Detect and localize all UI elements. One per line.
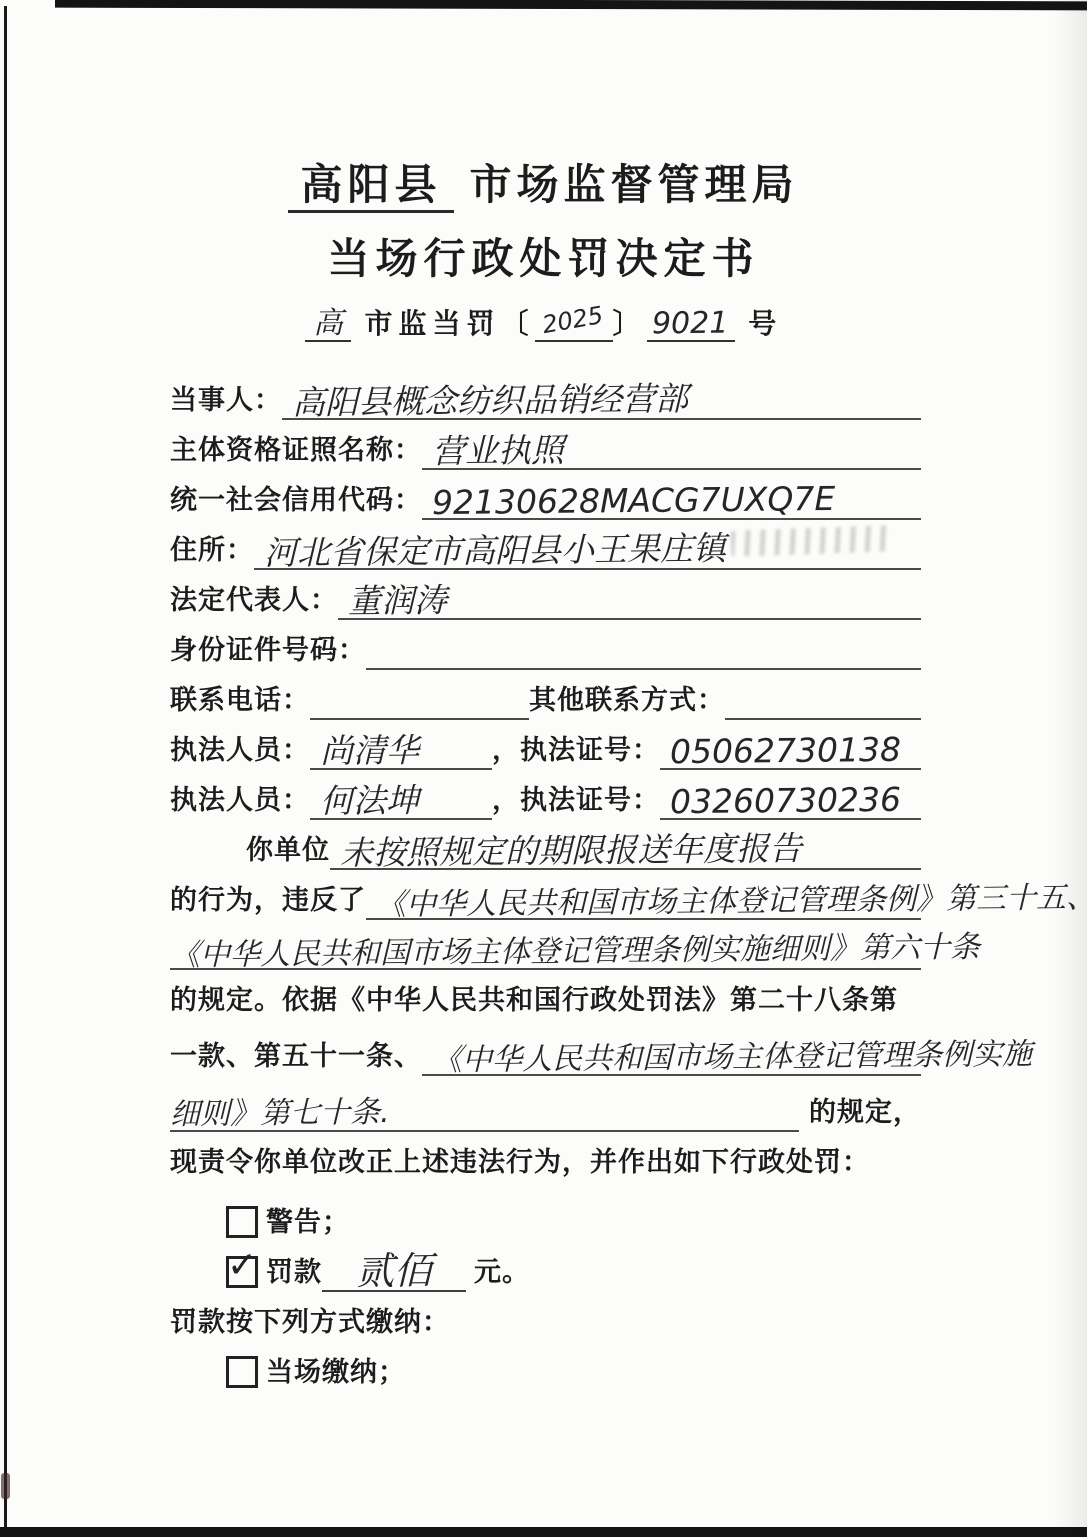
field-row-legal-rep: 法定代表人： 董润涛: [170, 570, 921, 620]
scan-edge-bottom: [0, 1527, 1087, 1537]
officer1-cert-no-handwritten: 05062730138: [670, 733, 901, 768]
fine-check-mark: ✓: [227, 1245, 257, 1286]
license-name-label: 主体资格证照名称：: [170, 428, 422, 470]
warning-label: 警告；: [266, 1200, 350, 1242]
fine-checkbox: ✓: [226, 1256, 258, 1288]
scan-edge-top: [55, 0, 1087, 10]
doc-no-serial-handwritten: 9021: [652, 309, 729, 340]
onsite-label: 当场缴纳；: [266, 1350, 406, 1392]
payment-intro: 罚款按下列方式缴纳：: [170, 1300, 450, 1342]
doc-no-label: 市监当罚: [364, 308, 500, 339]
option-warning: 警告；: [170, 1192, 921, 1242]
field-row-address: 住所： 河北省保定市高阳县小王果庄镇: [170, 520, 921, 570]
officer2-cert-label: ，执法证号：: [492, 778, 660, 820]
body-line-6: 细则》第七十条. 的规定，: [170, 1076, 921, 1132]
form-fields: 当事人： 高阳县概念纺织品销经营部 主体资格证照名称： 营业执照 统一社会信用代…: [170, 370, 921, 1392]
field-row-credit-code: 统一社会信用代码： 92130628MACG7UXQ7E: [170, 470, 921, 520]
body-line-2: 的行为，违反了 《中华人民共和国市场主体登记管理条例》第三十五、: [170, 870, 921, 920]
order-printed: 现责令你单位改正上述违法行为，并作出如下行政处罚：: [170, 1140, 870, 1182]
document-title: 当场行政处罚决定书: [0, 226, 1087, 286]
violation-handwritten: 未按照规定的期限报送年度报告: [340, 832, 802, 870]
body-line-4: 的规定。依据《中华人民共和国行政处罚法》第二十八条第: [170, 970, 921, 1020]
line2-printed: 的行为，违反了: [170, 878, 366, 920]
agency-name-rest: 市场监督管理局: [470, 161, 799, 208]
option-onsite-payment: 当场缴纳；: [170, 1342, 921, 1392]
warning-checkbox: [226, 1206, 258, 1238]
other-contact-label: 其他联系方式：: [529, 678, 725, 720]
penalty-options: 警告； ✓ 罚款 贰佰 元。 罚款按下列方式缴纳： 当场缴纳；: [170, 1192, 921, 1392]
field-row-officer2: 执法人员： 何法坤 ，执法证号： 03260730236: [170, 770, 921, 820]
fine-label: 罚款: [266, 1250, 322, 1292]
scanned-penalty-decision-document: 高阳县市场监督管理局 当场行政处罚决定书 高 市监当罚〔2025〕9021 号 …: [0, 0, 1087, 1537]
officer1-cert-label: ，执法证号：: [492, 728, 660, 770]
legal-rep-label: 法定代表人：: [170, 578, 338, 620]
fine-suffix: 元。: [466, 1250, 530, 1292]
option-fine: ✓ 罚款 贰佰 元。: [170, 1242, 921, 1292]
officer2-label: 执法人员：: [170, 778, 310, 820]
line5-printed: 一款、第五十一条、: [170, 1034, 422, 1076]
field-row-contacts: 联系电话： 其他联系方式：: [170, 670, 921, 720]
field-row-party: 当事人： 高阳县概念纺织品销经营部: [170, 370, 921, 420]
document-header: 高阳县市场监督管理局 当场行政处罚决定书 高 市监当罚〔2025〕9021 号: [0, 152, 1087, 342]
field-row-license-name: 主体资格证照名称： 营业执照: [170, 420, 921, 470]
doc-no-suffix: 号: [748, 308, 782, 339]
payment-intro-line: 罚款按下列方式缴纳：: [170, 1292, 921, 1342]
doc-no-bracket-open: 〔: [500, 308, 534, 339]
doc-no-bracket-close: 〕: [613, 308, 647, 339]
agency-name-fill: 高阳县: [288, 161, 453, 213]
party-label: 当事人：: [170, 378, 282, 420]
line6-handwritten: 细则》第七十条.: [170, 1098, 390, 1130]
fine-amount-handwritten: 贰佰: [356, 1252, 432, 1291]
doc-no-region-handwritten: 高: [313, 309, 343, 339]
body-line-3: 《中华人民共和国市场主体登记管理条例实施细则》第六十条: [170, 920, 921, 970]
officer2-name-handwritten: 何法坤: [320, 783, 419, 817]
party-value-handwritten: 高阳县概念纺织品销经营部: [292, 382, 688, 419]
doc-no-year-handwritten: 2025: [540, 303, 604, 337]
line4-printed: 的规定。依据《中华人民共和国行政处罚法》第二十八条第: [170, 978, 898, 1020]
onsite-checkbox: [226, 1356, 258, 1388]
line3-handwritten: 《中华人民共和国市场主体登记管理条例实施细则》第六十条: [170, 933, 980, 971]
credit-code-label: 统一社会信用代码：: [170, 478, 422, 520]
legal-rep-value-handwritten: 董润涛: [348, 583, 447, 617]
agency-title: 高阳县市场监督管理局: [0, 152, 1087, 212]
body-line-intro: 你单位 未按照规定的期限报送年度报告: [170, 820, 921, 870]
line5-handwritten: 《中华人民共和国市场主体登记管理条例实施: [432, 1040, 1032, 1076]
address-label: 住所：: [170, 528, 254, 570]
phone-label: 联系电话：: [170, 678, 310, 720]
license-name-value-handwritten: 营业执照: [432, 433, 564, 467]
scan-smudge-bottom-left: [1, 1473, 10, 1499]
body-line-order: 现责令你单位改正上述违法行为，并作出如下行政处罚：: [170, 1132, 921, 1182]
body-line-5: 一款、第五十一条、 《中华人民共和国市场主体登记管理条例实施: [170, 1020, 921, 1076]
officer1-label: 执法人员：: [170, 728, 310, 770]
field-row-id-number: 身份证件号码：: [170, 620, 921, 670]
id-number-label: 身份证件号码：: [170, 628, 366, 670]
credit-code-value-handwritten: 92130628MACG7UXQ7E: [432, 482, 836, 519]
officer1-name-handwritten: 尚清华: [320, 733, 419, 767]
line6-printed: 的规定，: [799, 1090, 921, 1132]
officer2-cert-no-handwritten: 03260730236: [670, 783, 901, 818]
document-number: 高 市监当罚〔2025〕9021 号: [0, 302, 1087, 342]
intro-printed: 你单位: [170, 828, 330, 870]
line2-handwritten: 《中华人民共和国市场主体登记管理条例》第三十五、: [376, 883, 1087, 921]
field-row-officer1: 执法人员： 尚清华 ，执法证号： 05062730138: [170, 720, 921, 770]
address-value-handwritten: 河北省保定市高阳县小王果庄镇: [264, 532, 726, 570]
